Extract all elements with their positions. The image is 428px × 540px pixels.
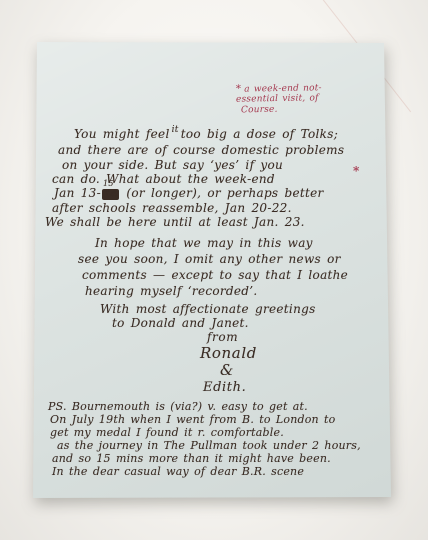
inserted-word: it xyxy=(172,125,179,135)
signature-name: Edith. xyxy=(203,380,246,395)
superscript-correction: 15 xyxy=(103,179,114,188)
asterisk-mark: * xyxy=(353,164,359,178)
postscript-line: PS. Bournemouth is (via?) v. easy to get… xyxy=(48,400,308,413)
postscript-line: as the journey in The Pullman took under… xyxy=(57,439,361,452)
corrected-date: 1514 xyxy=(102,186,119,200)
letter-line: hearing myself ‘recorded’. xyxy=(85,284,258,298)
red-annotation-line: essential visit, of xyxy=(236,93,319,104)
struck-out-number: 14 xyxy=(102,189,119,200)
postscript-line: and so 15 mins more than it might have b… xyxy=(52,452,331,465)
red-annotation-line: Course. xyxy=(241,105,278,116)
letter-line: In hope that we may in this way xyxy=(95,236,313,250)
signature-from: from xyxy=(207,330,238,344)
letter-line: to Donald and Janet. xyxy=(112,316,249,330)
letter-line: You might feelittoo big a dose of Tolks; xyxy=(74,127,338,141)
letter-photo: { "colors": { "background": "#f6f4f0", "… xyxy=(0,0,428,540)
letter-line: We shall be here until at least Jan. 23. xyxy=(45,215,305,229)
letter-line-text: too big a dose of Tolks; xyxy=(181,127,338,141)
letter-line-text: Jan 13- xyxy=(54,186,101,200)
letter-line: With most affectionate greetings xyxy=(100,302,316,316)
asterisk-mark: * xyxy=(236,84,241,95)
signature-name: Ronald xyxy=(200,344,257,362)
letter-line: can do. What about the week-end xyxy=(52,172,275,186)
postscript-line: get my medal I found it r. comfortable. xyxy=(50,426,284,439)
letter-line-text: (or longer), or perhaps better xyxy=(126,186,323,200)
postscript-line: On July 19th when I went from B. to Lond… xyxy=(50,413,335,426)
letter-line: and there are of course domestic problem… xyxy=(58,143,344,157)
signature-ampersand: & xyxy=(220,361,234,379)
letter-line: Jan 13-1514 (or longer), or perhaps bett… xyxy=(54,186,324,200)
letter-line: comments — except to say that I loathe xyxy=(82,268,348,282)
letter-line: after schools reassemble, Jan 20-22. xyxy=(52,201,292,215)
postscript-line: In the dear casual way of dear B.R. scen… xyxy=(52,465,304,478)
letter-line-text: You might feel xyxy=(74,127,170,141)
letter-line: on your side. But say ‘yes’ if you xyxy=(62,158,283,172)
letter-line: see you soon, I omit any other news or xyxy=(78,252,341,266)
